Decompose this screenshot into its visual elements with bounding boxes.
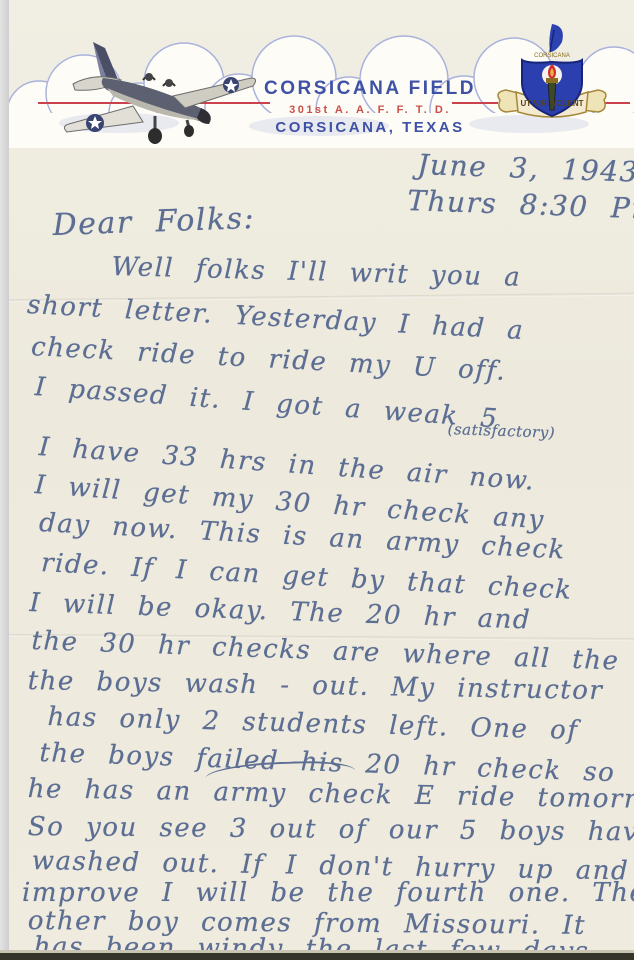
crest-motto: UT VIRI VOLENT [520, 99, 583, 108]
squadron-crest: CORSICANA UT VIRI VOLENT [492, 22, 612, 132]
photo-scan-edge [0, 0, 9, 960]
letterhead-block: CORSICANA FIELD 301st A. A. F. F. T. D. … [255, 78, 485, 136]
field-location: CORSICANA, TEXAS [255, 119, 485, 136]
unit-designation: 301st A. A. F. F. T. D. [255, 104, 485, 116]
salutation: Dear Folks: [52, 201, 256, 243]
paper-bottom-edge [0, 953, 634, 960]
inserted-note: (satisfactory) [447, 420, 555, 442]
svg-text:CORSICANA: CORSICANA [534, 53, 570, 59]
handwritten-line: So you see 3 out of our 5 boys have [28, 812, 634, 847]
field-name: CORSICANA FIELD [255, 78, 485, 100]
handwritten-line: improve I will be the fourth one. The [22, 878, 634, 908]
airplane-illustration [55, 28, 265, 153]
